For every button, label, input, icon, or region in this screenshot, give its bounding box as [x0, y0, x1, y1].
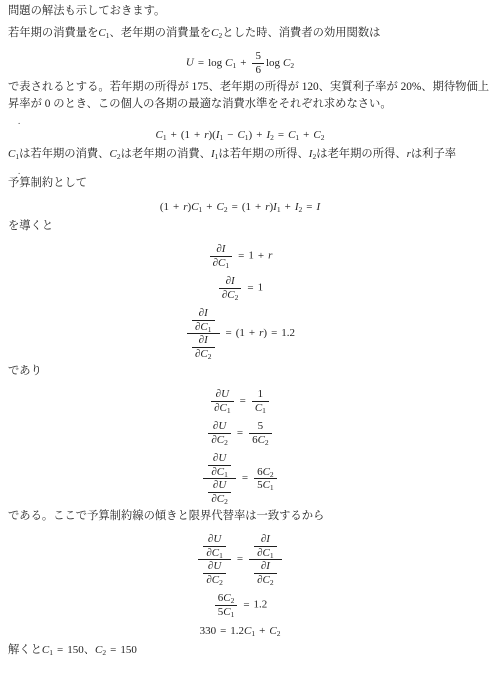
math-operator: + [303, 129, 309, 141]
fraction-denominator: 6C2 [249, 433, 272, 447]
fraction-numerator: 5 [252, 50, 264, 63]
fraction: ∂U∂C1∂U∂C2 [198, 533, 231, 586]
fraction: 56C2 [249, 420, 272, 446]
math-operator: + [256, 129, 262, 141]
equation-16: ∂U∂C1=1C1 [8, 385, 492, 417]
subscript: 1 [49, 648, 53, 657]
math-variable: C1 [8, 148, 19, 160]
subscript: 2 [265, 438, 269, 447]
fraction: ∂I∂C2 [192, 334, 215, 360]
fraction-numerator: 1 [252, 388, 269, 401]
equation-6: C1+(1+r)(I1−C1)+I2=C1+C2 [8, 125, 492, 146]
text-run: は老年期の所得、 [316, 148, 406, 160]
text-run: で表されるとする。若年期の所得が 175、老年期の所得が 120、実質利子率が … [8, 81, 489, 110]
math-number: 150 [120, 644, 137, 656]
math-variable: C1 [42, 644, 53, 656]
math-function: log [266, 57, 280, 69]
paragraph-19: である。ここで予算制約線の傾きと限界代替率は一致するから [8, 508, 492, 530]
math-number: 150 [67, 644, 84, 656]
math-operator: = [226, 327, 232, 339]
math-operator: = [306, 201, 312, 213]
math-variable: C1 [255, 402, 266, 414]
fraction: 56 [252, 50, 264, 76]
math-variable: ∂C2 [211, 434, 228, 446]
stray-dot-5: . [8, 118, 492, 125]
math-variable: C2 [263, 466, 274, 478]
subscript: 2 [224, 497, 228, 506]
fraction-numerator: ∂U∂C1 [203, 452, 236, 478]
math-number: ) [263, 327, 267, 339]
text-run: は利子率 [411, 148, 456, 160]
math-number: 5 [257, 479, 263, 491]
math-variable: I1 [273, 201, 280, 213]
fraction: 6C25C1 [215, 592, 238, 618]
fraction: ∂U∂C1∂U∂C2 [203, 452, 236, 505]
math-operator: = [240, 395, 246, 407]
equation-3: U=logC1+56logC2 [8, 47, 492, 79]
math-operator: = [247, 282, 253, 294]
math-number: 6 [257, 466, 263, 478]
subscript: 2 [224, 205, 228, 214]
equation-10: (1+r)C1+C2=(1+r)I1+I2=I [8, 197, 492, 218]
math-variable: ∂I [199, 334, 208, 346]
subscript: 1 [231, 610, 235, 619]
fraction-numerator: ∂U [208, 479, 231, 492]
paragraph-9: 予算制約として [8, 175, 492, 197]
math-number: 1.2 [254, 599, 268, 611]
fraction-numerator: ∂I [210, 243, 233, 256]
fraction-numerator: 6C2 [215, 592, 238, 605]
equation-21: 6C25C1=1.2 [8, 589, 492, 621]
subscript: 1 [163, 133, 167, 142]
subscript: 2 [224, 438, 228, 447]
math-number: 1.2 [281, 327, 295, 339]
fraction: ∂U∂C1 [208, 452, 231, 478]
math-operator: = [237, 427, 243, 439]
fraction-denominator: ∂I∂C2 [249, 559, 282, 586]
math-variable: ∂U [208, 533, 221, 545]
fraction-denominator: ∂C2 [208, 433, 231, 447]
math-variable: I2 [295, 201, 302, 213]
math-operator: = [278, 129, 284, 141]
fraction-denominator: ∂C2 [208, 492, 231, 506]
fraction-denominator: C1 [252, 401, 269, 415]
text-run: である。ここで予算制約線の傾きと限界代替率は一致するから [8, 510, 324, 522]
paragraph-2: 若年期の消費量をC1、老年期の消費量をC2とした時、消費者の効用関数は [8, 25, 492, 47]
math-variable: ∂C2 [257, 574, 274, 586]
text-run: 予算制約として [8, 177, 87, 189]
math-variable: C1 [225, 57, 236, 69]
math-operator: = [237, 553, 243, 565]
equation-22: 330=1.2C1+C2 [8, 621, 492, 642]
fraction: ∂U∂C2 [208, 420, 231, 446]
math-variable: ∂U [213, 479, 226, 491]
fraction-numerator: ∂U [203, 533, 226, 546]
subscript: 1 [208, 325, 212, 334]
fraction-numerator: 6C2 [254, 466, 277, 479]
math-operator: + [206, 201, 212, 213]
math-variable: C1 [191, 201, 202, 213]
math-variable: ∂I [199, 307, 208, 319]
math-variable: I2 [266, 129, 273, 141]
fraction: 1C1 [252, 388, 269, 414]
subscript: 2 [290, 61, 294, 70]
fraction: ∂U∂C1 [211, 388, 234, 414]
paragraph-1: 問題の解法も示しておきます。 [8, 3, 492, 25]
fraction: ∂I∂C1 [210, 243, 233, 269]
text-run: とした時、消費者の効用関数は [222, 27, 380, 39]
math-variable: C1 [288, 129, 299, 141]
math-variable: ∂C1 [211, 466, 228, 478]
math-variable: C2 [95, 644, 106, 656]
math-number: 5 [255, 50, 261, 62]
paragraph-11: を導くと [8, 218, 492, 240]
subscript: 2 [208, 352, 212, 361]
fraction-denominator: ∂U∂C2 [198, 559, 231, 586]
fraction-numerator: ∂I [254, 560, 277, 573]
math-number: 6 [255, 64, 261, 76]
fraction-numerator: ∂U∂C1 [198, 533, 231, 559]
math-variable: ∂C1 [214, 402, 231, 414]
math-number: (1 [242, 201, 251, 213]
math-operator: = [271, 327, 277, 339]
equation-12: ∂I∂C1=1+r [8, 240, 492, 272]
math-variable: ∂C1 [213, 257, 230, 269]
paragraph-23: 解くとC1=150、C2=150 [8, 642, 492, 664]
fraction: ∂U∂C2 [203, 560, 226, 586]
subscript: 1 [270, 483, 274, 492]
math-variable: ∂I [261, 533, 270, 545]
subscript: 2 [235, 293, 239, 302]
math-variable: ∂C2 [211, 493, 228, 505]
paragraph-4: で表されるとする。若年期の所得が 175、老年期の所得が 120、実質利子率が … [8, 79, 492, 118]
fraction-denominator: ∂U∂C2 [203, 478, 236, 505]
math-variable: C2 [283, 57, 294, 69]
fraction: ∂I∂C1 [254, 533, 277, 559]
math-variable: I1 [216, 129, 223, 141]
fraction: ∂I∂C1∂I∂C2 [249, 533, 282, 586]
math-variable: C1 [223, 606, 234, 618]
subscript: 2 [277, 629, 281, 638]
math-variable: C1 [156, 129, 167, 141]
math-operator: + [240, 57, 246, 69]
math-variable: C2 [269, 625, 280, 637]
math-number: 1.2 [230, 625, 244, 637]
fraction-numerator: ∂U [208, 420, 231, 433]
math-function: log [208, 57, 222, 69]
equation-18: ∂U∂C1∂U∂C2=6C25C1 [8, 449, 492, 508]
math-variable: ∂C2 [206, 574, 223, 586]
fraction-numerator: ∂I∂C1 [249, 533, 282, 559]
fraction-denominator: ∂C2 [192, 347, 215, 361]
math-number: 330 [200, 625, 217, 637]
math-variable: ∂C1 [206, 547, 223, 559]
fraction: ∂I∂C1 [192, 307, 215, 333]
fraction: ∂U∂C1 [203, 533, 226, 559]
subscript: 2 [270, 470, 274, 479]
math-number: 1 [248, 250, 254, 262]
math-variable: C2 [223, 592, 234, 604]
math-number: 6 [252, 434, 258, 446]
text-run: 、 [84, 644, 95, 656]
fraction-numerator: ∂I [219, 275, 242, 288]
subscript: 1 [262, 406, 266, 415]
math-operator: = [110, 644, 116, 656]
fraction: 6C25C1 [254, 466, 277, 492]
subscript: 1 [232, 61, 236, 70]
math-variable: C1 [244, 625, 255, 637]
paragraph-15: であり [8, 363, 492, 385]
fraction-numerator: ∂I [192, 334, 215, 347]
math-variable: r [268, 250, 272, 262]
equation-13: ∂I∂C2=1 [8, 272, 492, 304]
fraction-denominator: ∂I∂C2 [187, 333, 220, 360]
paragraph-7: C1は若年期の消費、C2は老年期の消費、I1は若年期の所得、I2は老年期の所得、… [8, 146, 492, 168]
fraction-numerator: ∂I∂C1 [187, 307, 220, 333]
math-variable: ∂C2 [195, 348, 212, 360]
subscript: 1 [227, 406, 231, 415]
fraction-denominator: ∂C1 [192, 320, 215, 334]
math-variable: C2 [258, 434, 269, 446]
subscript: 2 [321, 133, 325, 142]
math-variable: ∂I [261, 560, 270, 572]
math-variable: C2 [217, 201, 228, 213]
math-number: (1 [236, 327, 245, 339]
text-run: は若年期の消費、 [19, 148, 109, 160]
math-variable: C2 [211, 27, 222, 39]
math-variable: C1 [237, 129, 248, 141]
subscript: 1 [219, 133, 223, 142]
fraction-denominator: ∂C2 [219, 288, 242, 302]
math-operator: + [259, 625, 265, 637]
subscript: 2 [270, 133, 274, 142]
math-variable: ∂I [216, 243, 225, 255]
subscript: 1 [199, 205, 203, 214]
subscript: 2 [231, 596, 235, 605]
fraction-denominator: ∂C2 [254, 573, 277, 587]
math-variable: ∂U [213, 452, 226, 464]
document-page: 問題の解法も示しておきます。若年期の消費量をC1、老年期の消費量をC2とした時、… [8, 3, 492, 697]
fraction-denominator: 5C1 [254, 478, 277, 492]
subscript: 1 [270, 551, 274, 560]
text-run: を導くと [8, 220, 53, 232]
math-operator: = [243, 599, 249, 611]
subscript: 2 [298, 205, 302, 214]
fraction-denominator: ∂C1 [211, 401, 234, 415]
text-run: 問題の解法も示しておきます。 [8, 5, 165, 17]
equation-20: ∂U∂C1∂U∂C2=∂I∂C1∂I∂C2 [8, 530, 492, 589]
math-number: )( [208, 129, 215, 141]
text-run: は若年期の所得、 [218, 148, 308, 160]
subscript: 1 [251, 629, 255, 638]
math-number: 5 [258, 420, 264, 432]
math-operator: + [258, 250, 264, 262]
equation-17: ∂U∂C2=56C2 [8, 417, 492, 449]
subscript: 2 [102, 648, 106, 657]
subscript: 1 [225, 261, 229, 270]
math-variable: ∂C1 [195, 321, 212, 333]
math-variable: C1 [98, 27, 109, 39]
subscript: 1 [219, 551, 223, 560]
math-operator: − [227, 129, 233, 141]
math-number: 1 [258, 282, 264, 294]
math-variable: ∂I [226, 275, 235, 287]
math-operator: = [57, 644, 63, 656]
math-number: ) [249, 129, 253, 141]
math-variable: ∂C2 [222, 289, 239, 301]
fraction: ∂I∂C1∂I∂C2 [187, 307, 220, 360]
fraction-numerator: ∂I [192, 307, 215, 320]
math-operator: + [171, 129, 177, 141]
math-operator: = [238, 250, 244, 262]
math-operator: + [285, 201, 291, 213]
fraction-denominator: 6 [252, 63, 264, 77]
math-operator: + [255, 201, 261, 213]
math-variable: ∂U [216, 388, 229, 400]
math-variable: C2 [109, 148, 120, 160]
subscript: 1 [277, 205, 281, 214]
fraction: ∂I∂C2 [254, 560, 277, 586]
math-variable: ∂C1 [257, 547, 274, 559]
math-variable: C1 [263, 479, 274, 491]
math-operator: + [249, 327, 255, 339]
math-operator: + [194, 129, 200, 141]
fraction-numerator: 5 [249, 420, 272, 433]
math-operator: + [173, 201, 179, 213]
fraction-denominator: ∂C1 [203, 546, 226, 560]
fraction-numerator: ∂U [208, 452, 231, 465]
equation-14: ∂I∂C1∂I∂C2=(1+r)=1.2 [8, 304, 492, 363]
fraction-denominator: ∂C2 [203, 573, 226, 587]
stray-dot-8: . [8, 168, 492, 175]
text-run: は老年期の消費、 [121, 148, 211, 160]
fraction: ∂U∂C2 [208, 479, 231, 505]
text-run: 解くと [8, 644, 42, 656]
fraction-numerator: ∂I [254, 533, 277, 546]
math-variable: C2 [313, 129, 324, 141]
text-run: 若年期の消費量を [8, 27, 98, 39]
fraction-denominator: ∂C1 [208, 465, 231, 479]
fraction-denominator: ∂C1 [254, 546, 277, 560]
fraction-denominator: 5C1 [215, 605, 238, 619]
math-operator: = [232, 201, 238, 213]
fraction-numerator: ∂U [211, 388, 234, 401]
subscript: 1 [224, 470, 228, 479]
math-variable: ∂U [208, 560, 221, 572]
math-operator: = [198, 57, 204, 69]
fraction: ∂I∂C2 [219, 275, 242, 301]
math-operator: = [242, 472, 248, 484]
subscript: 1 [295, 133, 299, 142]
fraction-numerator: ∂U [203, 560, 226, 573]
fraction-denominator: ∂C1 [210, 256, 233, 270]
subscript: 2 [219, 578, 223, 587]
text-run: 、老年期の消費量を [109, 27, 211, 39]
math-variable: U [186, 57, 194, 69]
math-operator: = [220, 625, 226, 637]
math-variable: ∂U [213, 420, 226, 432]
math-number: 1 [258, 388, 264, 400]
text-run: であり [8, 365, 42, 377]
math-number: (1 [160, 201, 169, 213]
math-variable: I [316, 201, 320, 213]
subscript: 2 [270, 578, 274, 587]
math-number: (1 [181, 129, 190, 141]
